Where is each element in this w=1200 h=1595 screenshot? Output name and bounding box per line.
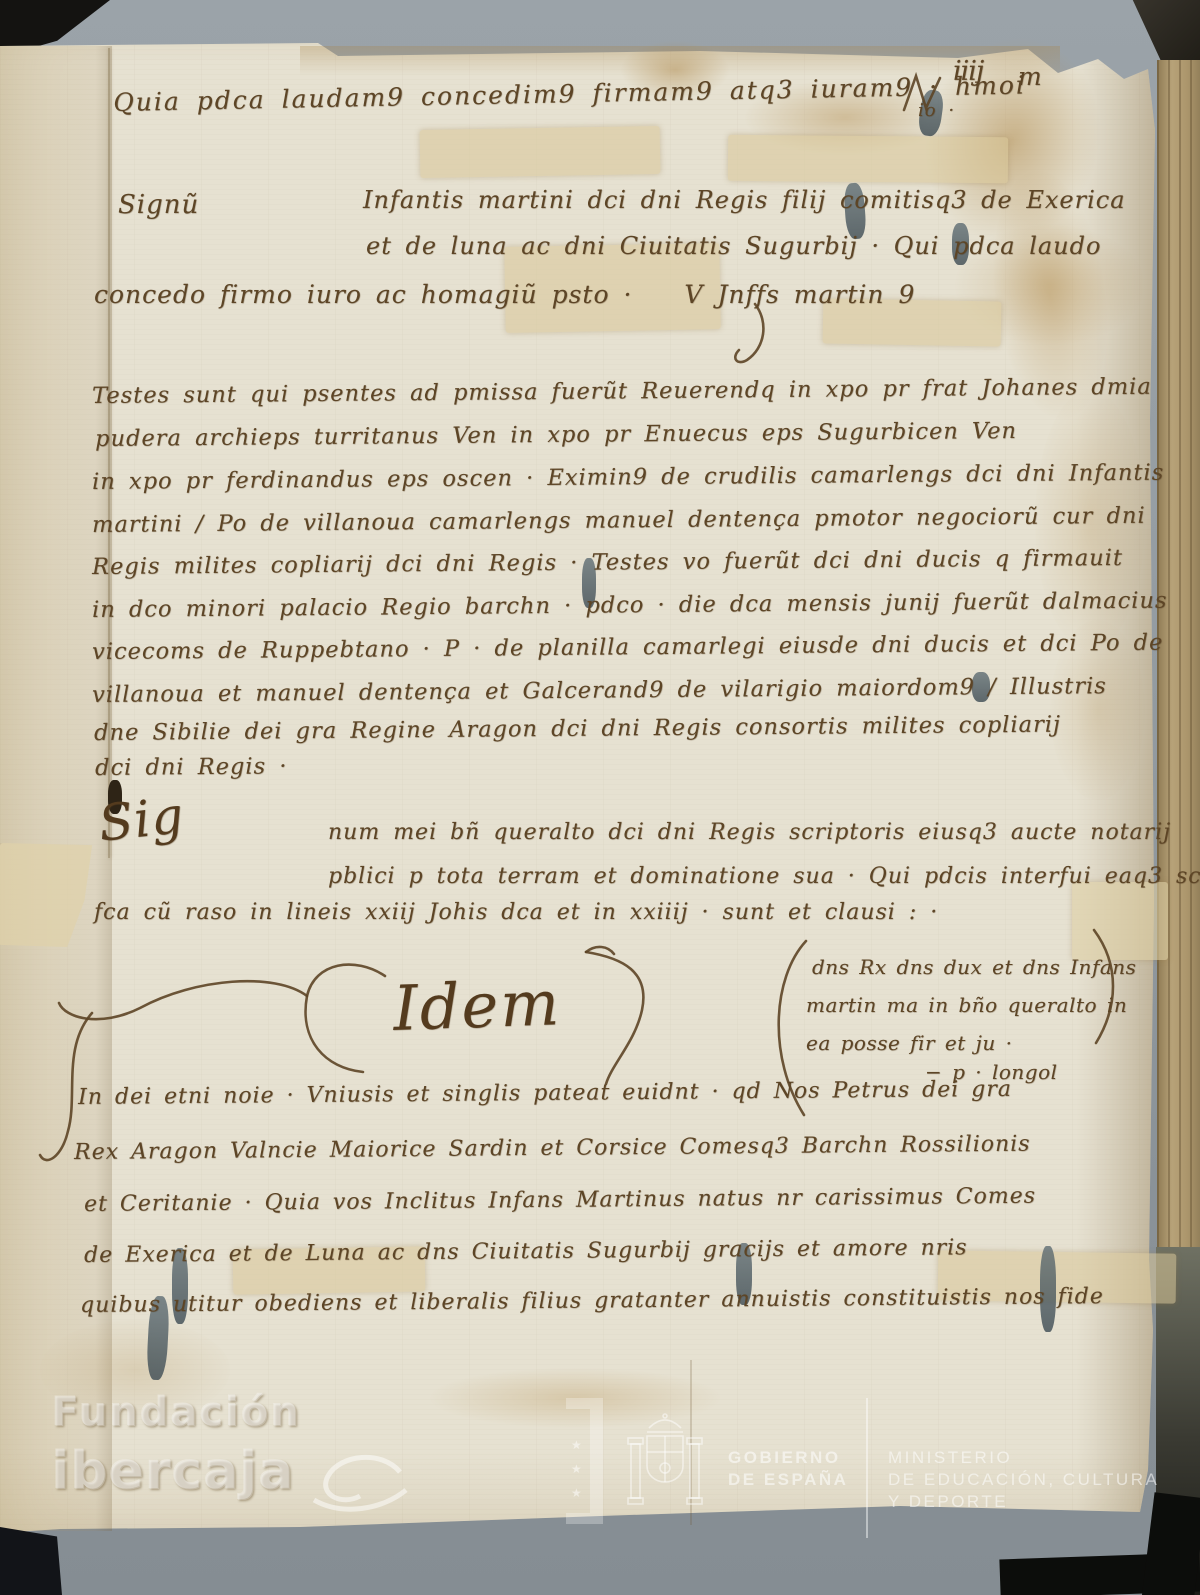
ibercaja-watermark-line1: Fundación	[52, 1390, 301, 1436]
star-icon: ★	[571, 1486, 582, 1500]
manuscript-line: concedo firmo iuro ac homagiũ psto · V J…	[94, 280, 915, 309]
manuscript-line: num mei bñ queralto dci dni Regis script…	[328, 820, 1171, 845]
margin-note-line: martin ma in bño queralto in	[806, 993, 1127, 1017]
manuscript-line: pblici p tota terram et dominatione sua …	[328, 864, 1200, 889]
gobierno-watermark-line1: GOBIERNO	[728, 1448, 841, 1468]
spain-coat-of-arms-icon	[615, 1410, 715, 1522]
manuscript-line: Infantis martini dci dni Regis filij com…	[363, 186, 1126, 214]
tape-repair	[728, 135, 1008, 183]
ibercaja-emblem-icon	[310, 1448, 410, 1526]
manuscript-photo: iiij m io · Quia pdca laudam9 concedim9 …	[0, 0, 1200, 1595]
ministerio-watermark-line1: MINISTERIO	[888, 1448, 1012, 1468]
margin-note-brace-right	[1088, 925, 1130, 1050]
ibercaja-watermark-line2: ibercaja	[52, 1442, 295, 1502]
notarial-sig-initial: Sig	[96, 786, 187, 853]
margin-note-line: ea posse fir et ju ·	[806, 1031, 1012, 1055]
manuscript-line: et de luna ac dni Ciuitatis Sugurbij · Q…	[366, 232, 1101, 260]
watermark-divider	[866, 1398, 868, 1538]
signum-label: Signũ	[118, 190, 199, 220]
idem-heading: Idem	[392, 966, 562, 1045]
book-cover-corner-bottom-right	[1142, 1492, 1200, 1595]
manuscript-line: dci dni Regis ·	[95, 753, 288, 781]
book-cover-corner-bottom-left	[0, 1527, 62, 1595]
star-icon: ★	[571, 1462, 582, 1476]
idem-right-flourish	[578, 942, 673, 1092]
ministerio-watermark-line3: Y DEPORTE	[888, 1492, 1008, 1512]
ministerio-watermark-line2: DE EDUCACIÓN, CULTURA	[888, 1470, 1159, 1490]
signature-flourish	[725, 300, 775, 370]
folio-submark: io ·	[918, 100, 955, 121]
logo-bracket-icon	[566, 1398, 603, 1524]
gobierno-watermark-line2: DE ESPAÑA	[728, 1470, 848, 1490]
manuscript-line: fca cũ raso in lineis xxiij Johis dca et…	[94, 900, 938, 925]
star-icon: ★	[571, 1438, 582, 1452]
tape-repair	[420, 126, 661, 178]
